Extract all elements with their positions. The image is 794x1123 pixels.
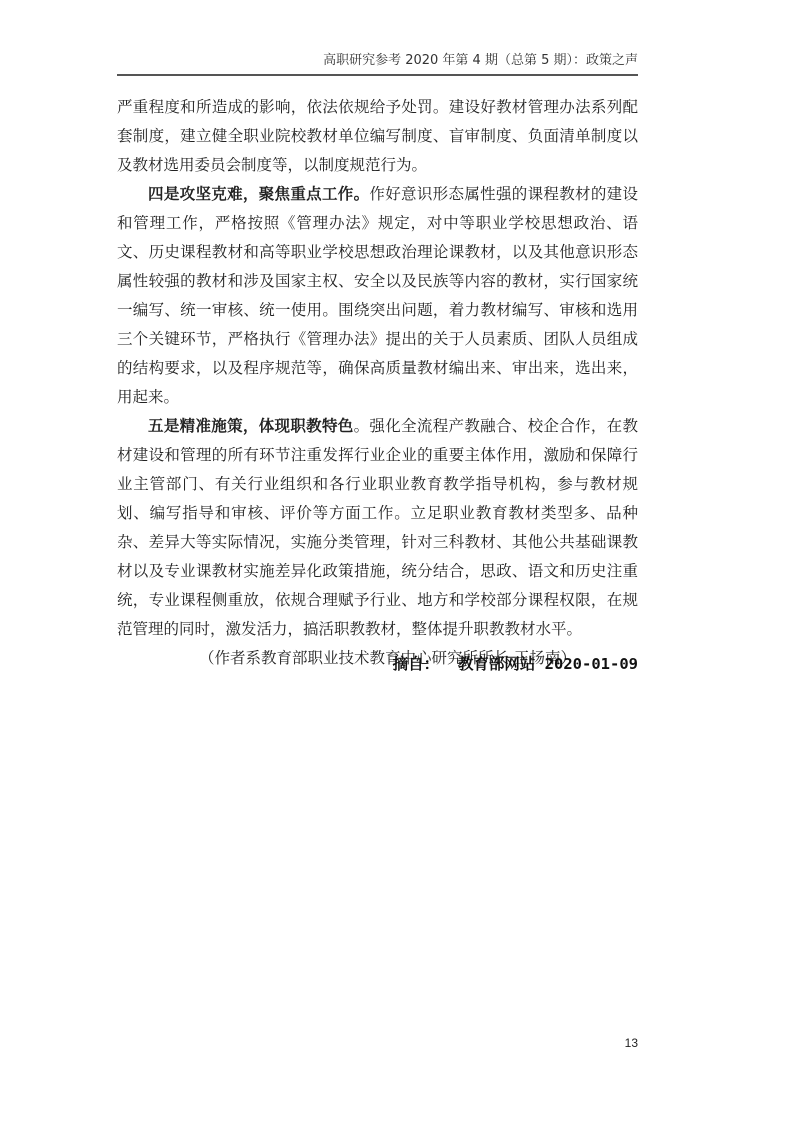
running-header: 高职研究参考 2020 年第 4 期（总第 5 期）：政策之声 [117,52,638,70]
header-divider [117,74,638,76]
page-number: 13 [600,1036,638,1050]
article-body: 严重程度和所造成的影响，依法依规给予处罚。建设好教材管理办法系列配套制度，建立健… [117,93,638,673]
document-page: 高职研究参考 2020 年第 4 期（总第 5 期）：政策之声 严重程度和所造成… [0,0,794,1123]
section-5-heading: 五是精准施策，体现职教特色 [148,417,354,435]
source-citation: 摘自： 教育部网站 2020-01-09 [117,652,638,676]
paragraph-section-4: 四是攻坚克难，聚焦重点工作。作好意识形态属性强的课程教材的建设和管理工作，严格按… [117,180,638,412]
paragraph-continued: 严重程度和所造成的影响，依法依规给予处罚。建设好教材管理办法系列配套制度，建立健… [117,93,638,180]
source-value: 教育部网站 2020-01-09 [458,655,638,673]
section-5-text: 。强化全流程产教融合、校企合作，在教材建设和管理的所有环节注重发挥行业企业的重要… [117,417,638,638]
paragraph-section-5: 五是精准施策，体现职教特色。强化全流程产教融合、校企合作，在教材建设和管理的所有… [117,412,638,644]
section-4-heading: 四是攻坚克难，聚焦重点工作。 [148,185,369,203]
section-4-text: 作好意识形态属性强的课程教材的建设和管理工作，严格按照《管理办法》规定，对中等职… [117,185,638,406]
source-label: 摘自： [393,655,440,673]
